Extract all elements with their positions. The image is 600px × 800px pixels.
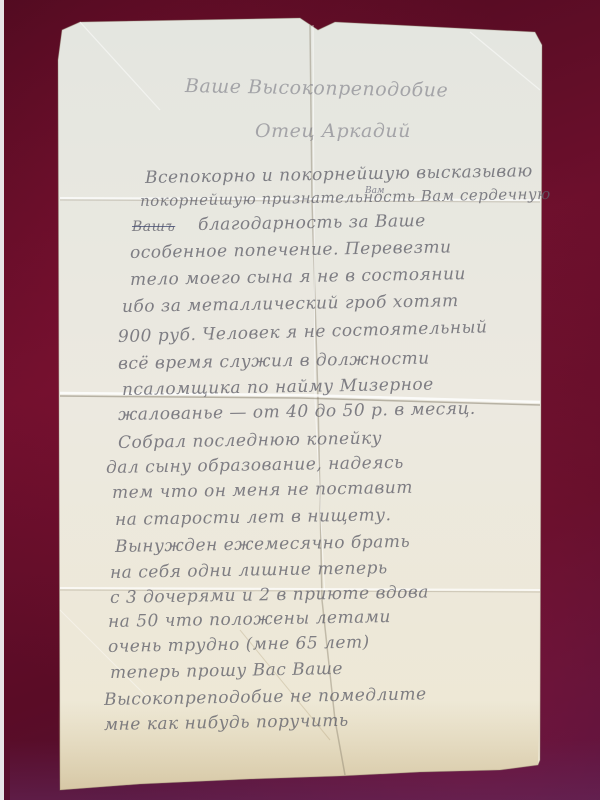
letter-line: на старости лет в нищету. — [115, 505, 392, 530]
letter-line: дал сыну образование, надеясь — [106, 453, 404, 478]
letter-line: всё время служил в должности — [118, 349, 430, 374]
letter-line: на себя одни лишние теперь — [110, 558, 388, 583]
letter-line: особенное попечение. Перевезти — [130, 237, 452, 263]
letter-line: благодарность за Ваше — [198, 211, 426, 235]
letter-line: ибо за металлический гроб хотят — [122, 291, 459, 317]
salutation-line-1: Ваше Высокопреподобие — [185, 75, 449, 102]
letter-line: 900 руб. Человек я не состоятельный — [118, 317, 488, 347]
letter-line: с 3 дочерями и 2 в приюте вдова — [110, 582, 429, 608]
letter-line: Высокопреподобие не помедлите — [104, 684, 427, 710]
handwritten-text: Ваше Высокопреподобие Отец Аркадий Всепо… — [0, 0, 600, 800]
letter-line: тем что он меня не поставит — [112, 478, 413, 503]
letter-line: Вынужден ежемесячно брать — [115, 532, 411, 557]
letter-line: очень трудно (мне 65 лет) — [108, 632, 370, 657]
struck-word: Вашъ — [132, 219, 175, 235]
letter-line: жалованье — от 40 до 50 р. в месяц. — [118, 399, 476, 425]
salutation-line-2: Отец Аркадий — [255, 120, 411, 142]
letter-line: тело моего сына я не в состоянии — [130, 264, 466, 290]
letter-line: покорнейшую признательность Вам сердечну… — [140, 185, 551, 210]
letter-line: мне как нибудь поручить — [104, 711, 349, 735]
letter-line: псаломщика по найму Мизерное — [122, 375, 434, 400]
letter-line: теперь прошу Вас Ваше — [110, 659, 343, 683]
letter-line: на 50 что положены летами — [108, 607, 391, 632]
letter-line: Собрал последнюю копейку — [118, 428, 382, 453]
letter-line: Всепокорно и покорнейшую высказываю — [145, 161, 533, 188]
